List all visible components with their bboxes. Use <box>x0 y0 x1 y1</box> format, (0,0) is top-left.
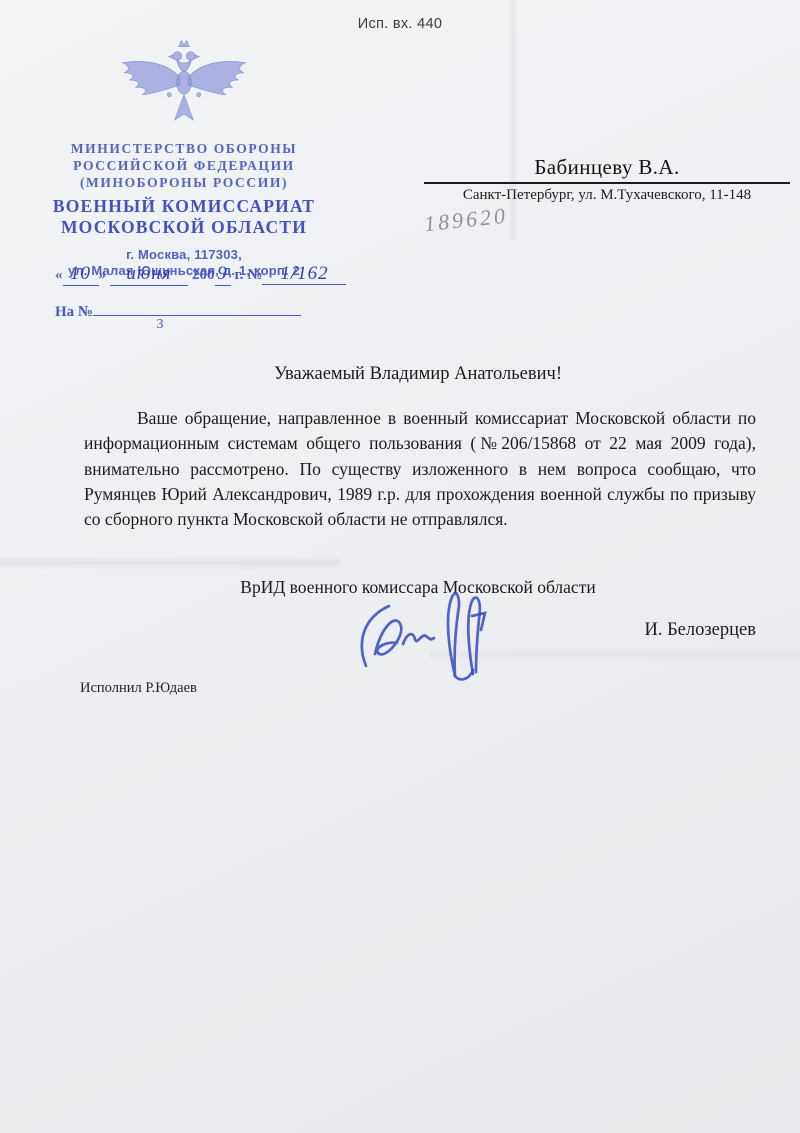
commissariat-name: ВОЕННЫЙ КОМИССАРИАТ МОСКОВСКОЙ ОБЛАСТИ <box>50 196 318 238</box>
incoming-number-note: Исп. вх. 440 <box>0 16 800 32</box>
handwritten-year-digit: 9 <box>217 263 228 284</box>
signer-name: И. Белозерцев <box>456 620 756 641</box>
ministry-line: (МИНОБОРОНЫ РОССИИ) <box>50 174 318 191</box>
paper-crease <box>0 556 340 570</box>
paper-crease <box>508 0 518 240</box>
reference-label: На № <box>55 304 93 320</box>
printed-year-suffix: г. <box>235 267 244 283</box>
recipient-underline <box>424 182 790 184</box>
ministry-line: РОССИЙСКОЙ ФЕДЕРАЦИИ <box>50 157 318 174</box>
number-sign: № <box>247 267 262 283</box>
date-and-number-row: «10» июня 2009 г. №1/162 <box>55 263 335 286</box>
salutation: Уважаемый Владимир Анатольевич! <box>80 364 756 385</box>
executor-note: Исполнил Р.Юдаев <box>80 680 197 697</box>
handwritten-postal-code: 189620 <box>423 203 509 238</box>
reference-blank-line <box>93 301 301 316</box>
close-quote: » <box>99 267 107 283</box>
open-quote: « <box>55 267 63 283</box>
letterhead-stamp: МИНИСТЕРСТВО ОБОРОНЫ РОССИЙСКОЙ ФЕДЕРАЦИ… <box>50 36 318 279</box>
scanned-letter-page: Исп. вх. 440 МИНИСТЕРСТВО ОБОРОНЫ РОССИЙ… <box>0 0 800 1133</box>
ministry-line: МИНИСТЕРСТВО ОБОРОНЫ <box>50 140 318 157</box>
ministry-name: МИНИСТЕРСТВО ОБОРОНЫ РОССИЙСКОЙ ФЕДЕРАЦИ… <box>50 140 318 191</box>
handwritten-day: 10 <box>70 263 91 284</box>
commissariat-line: МОСКОВСКОЙ ОБЛАСТИ <box>50 217 318 238</box>
recipient-name: Бабинцеву В.А. <box>424 155 790 180</box>
printed-year-prefix: 200 <box>192 267 215 283</box>
recipient-address: Санкт-Петербург, ул. М.Тухачевского, 11-… <box>424 187 790 204</box>
handwritten-outgoing-number: 1/162 <box>280 263 328 284</box>
address-line: г. Москва, 117303, <box>50 247 318 263</box>
letter-paragraph: Ваше обращение, направленное в военный к… <box>84 406 756 532</box>
reference-note: 3 <box>100 317 220 333</box>
commissariat-line: ВОЕННЫЙ КОМИССАРИАТ <box>50 196 318 217</box>
recipient-block: Бабинцеву В.А. Санкт-Петербург, ул. М.Ту… <box>424 155 790 204</box>
handwritten-month: июня <box>126 263 171 284</box>
double-headed-eagle-icon <box>109 36 259 136</box>
